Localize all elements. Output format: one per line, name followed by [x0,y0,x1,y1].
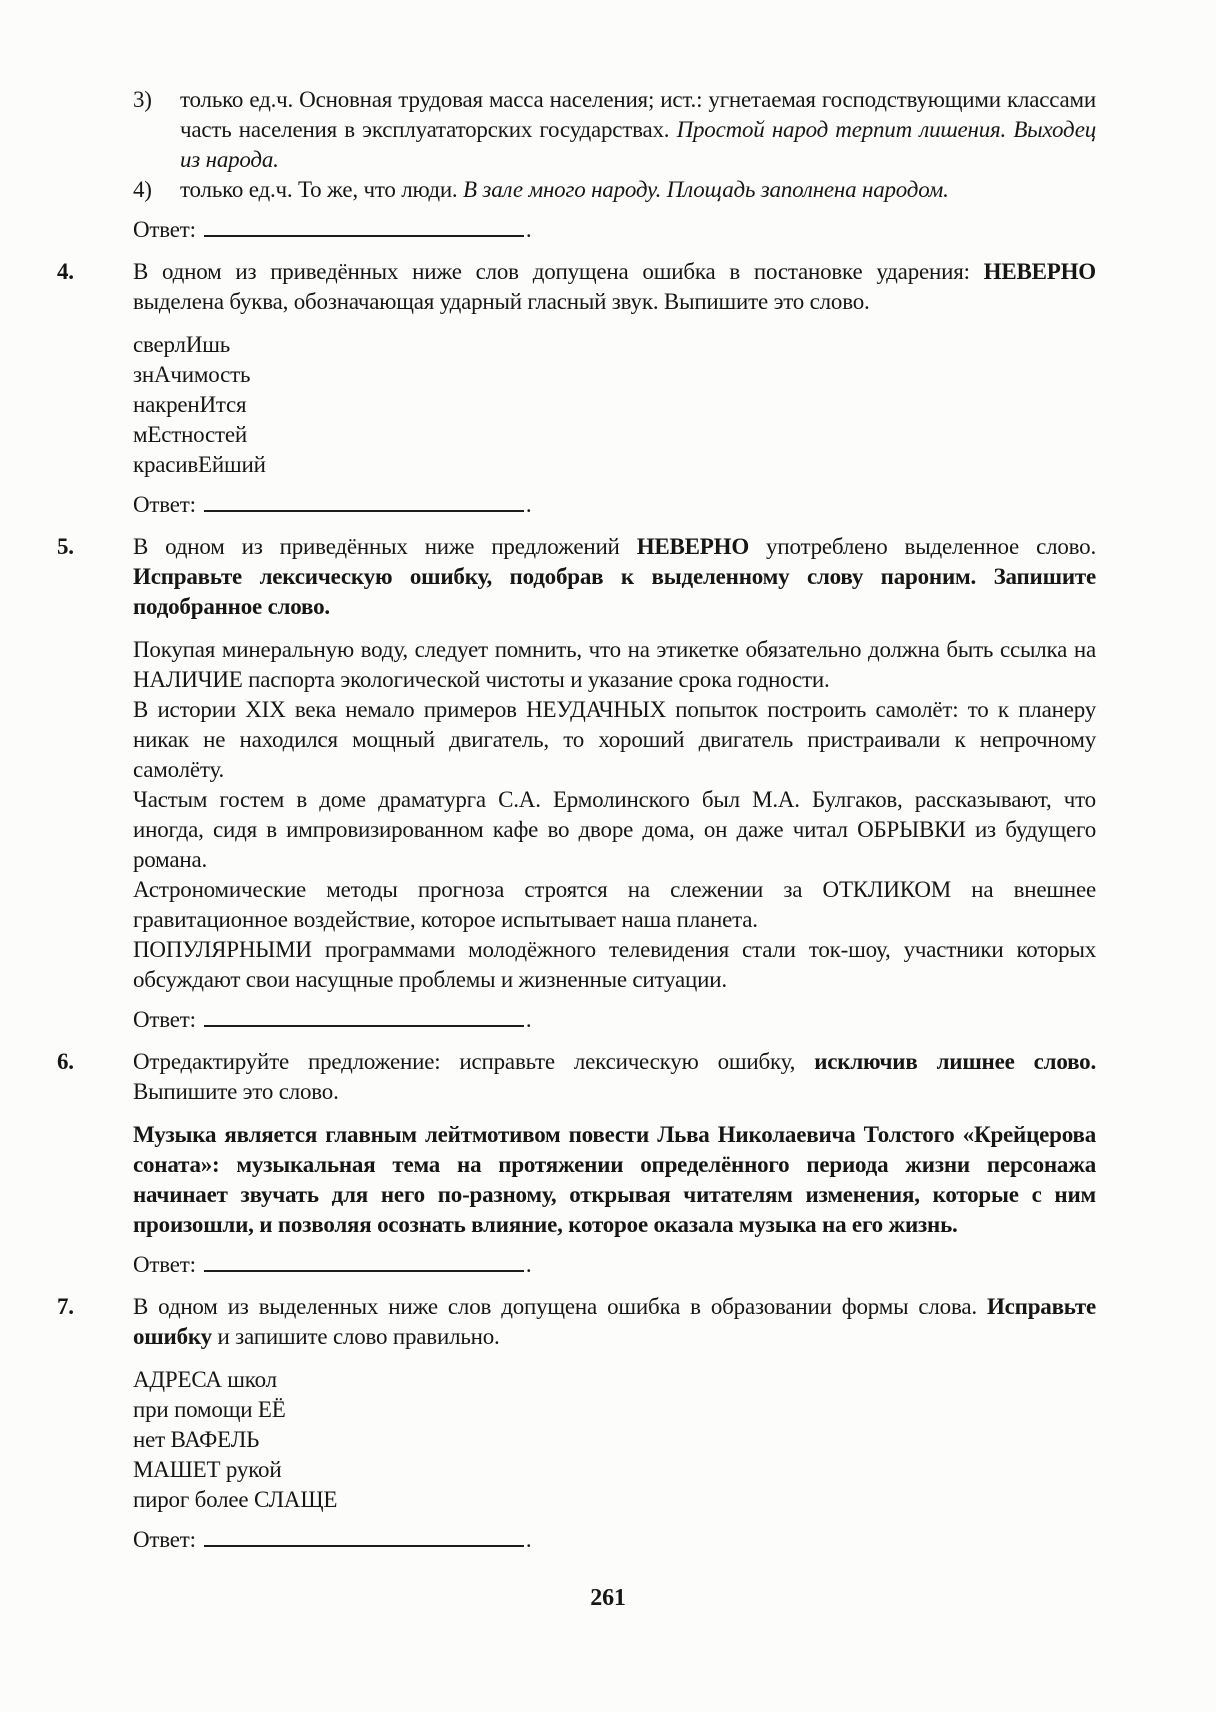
sentence: Музыка является главным лейтмотивом пове… [133,1120,1096,1240]
sentence: ПОПУЛЯРНЫМИ программами молодёжного теле… [133,935,1096,995]
answer-blank [204,213,524,237]
task-number: 5. [57,532,74,562]
task-5: 5. В одном из приведённых ниже предложен… [133,532,1096,1035]
page-content: 3) только ед.ч. Основная трудовая масса … [133,85,1096,1567]
task-statement: В одном из приведённых ниже слов допущен… [133,257,1096,317]
answer-label: Ответ: [133,1252,196,1277]
definition-number: 4) [133,175,180,205]
word-option: пирог более СЛАЩЕ [133,1485,1096,1515]
task-number: 4. [57,257,74,287]
word-option: мЕстностей [133,420,1096,450]
answer-row: Ответ:. [133,1003,1096,1035]
answer-period: . [526,1252,532,1277]
answer-period: . [526,492,532,517]
word-option: знАчимость [133,360,1096,390]
word-option: при помощи ЕЁ [133,1395,1096,1425]
task-6: 6. Отредактируйте предложение: исправьте… [133,1047,1096,1280]
page-number: 261 [0,1583,1216,1613]
task-number: 6. [57,1047,74,1077]
word-option: АДРЕСА школ [133,1365,1096,1395]
answer-row: Ответ:. [133,488,1096,520]
sentence: Астрономические методы прогноза строятся… [133,875,1096,935]
word-option: МАШЕТ рукой [133,1455,1096,1485]
task-statement: В одном из выделенных ниже слов допущена… [133,1292,1096,1352]
answer-period: . [526,217,532,242]
answer-blank [204,1248,524,1272]
task-statement: В одном из приведённых ниже предложений … [133,532,1096,622]
task-7: 7. В одном из выделенных ниже слов допущ… [133,1292,1096,1555]
definition-item-4: 4) только ед.ч. То же, что люди. В зале … [133,175,1096,205]
definition-number: 3) [133,85,180,175]
sentence: Покупая минеральную воду, следует помнит… [133,635,1096,695]
answer-period: . [526,1527,532,1552]
answer-blank [204,488,524,512]
word-option: нет ВАФЕЛЬ [133,1425,1096,1455]
answer-label: Ответ: [133,492,196,517]
task-statement: Отредактируйте предложение: исправьте ле… [133,1047,1096,1107]
answer-row: Ответ:. [133,213,1096,245]
answer-blank [204,1523,524,1547]
task-4: 4. В одном из приведённых ниже слов допу… [133,257,1096,520]
answer-row: Ответ:. [133,1523,1096,1555]
answer-label: Ответ: [133,1007,196,1032]
definition-list: 3) только ед.ч. Основная трудовая масса … [133,85,1096,205]
answer-period: . [526,1007,532,1032]
word-options: АДРЕСА школ при помощи ЕЁ нет ВАФЕЛЬ МАШ… [133,1365,1096,1515]
answer-label: Ответ: [133,217,196,242]
answer-row: Ответ:. [133,1248,1096,1280]
task-number: 7. [57,1292,74,1322]
definition-item-3: 3) только ед.ч. Основная трудовая масса … [133,85,1096,175]
word-option: накренИтся [133,390,1096,420]
textbook-page: 3) только ед.ч. Основная трудовая масса … [0,0,1216,1712]
word-option: сверлИшь [133,330,1096,360]
sentence-list: Покупая минеральную воду, следует помнит… [133,635,1096,995]
answer-blank [204,1003,524,1027]
sentence-list: Музыка является главным лейтмотивом пове… [133,1120,1096,1240]
sentence: Частым гостем в доме драматурга С.А. Ерм… [133,785,1096,875]
word-option: красивЕйший [133,450,1096,480]
definition-text: только ед.ч. Основная трудовая масса нас… [180,85,1096,175]
word-options: сверлИшь знАчимость накренИтся мЕстносте… [133,330,1096,480]
answer-label: Ответ: [133,1527,196,1552]
definition-text: только ед.ч. То же, что люди. В зале мно… [180,175,1096,205]
sentence: В истории XIX века немало примеров НЕУДА… [133,695,1096,785]
